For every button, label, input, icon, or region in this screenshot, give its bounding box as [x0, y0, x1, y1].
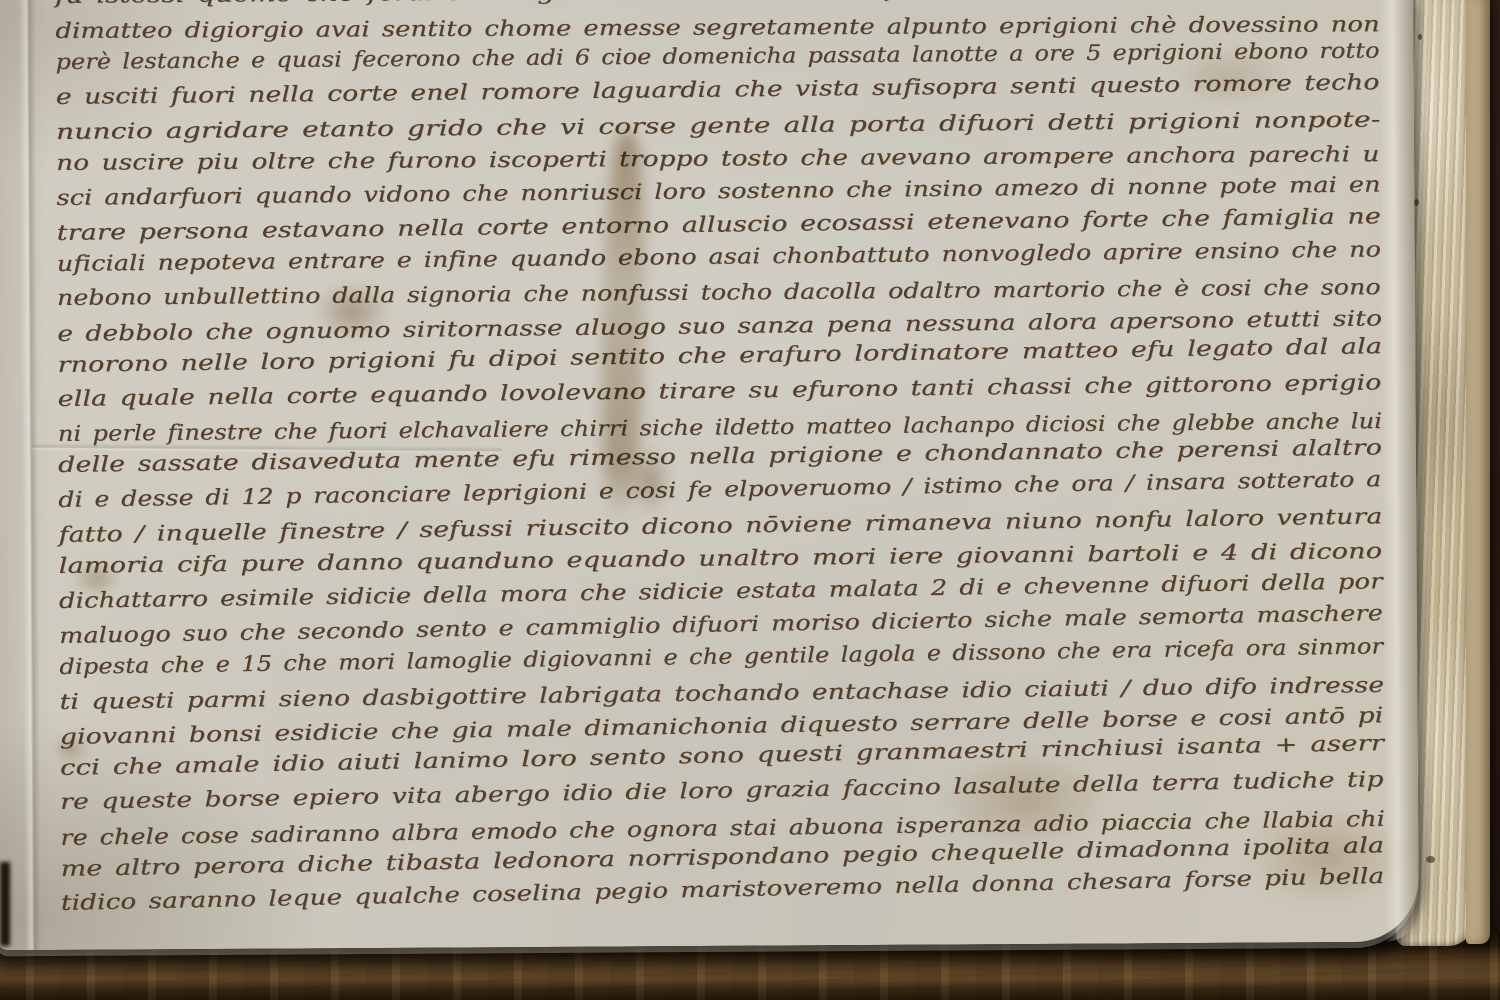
- water-stain: [54, 736, 88, 762]
- manuscript-page: fu istessi queme che ferai chonsiglio av…: [0, 0, 1419, 950]
- water-stain: [73, 562, 121, 596]
- water-stain: [940, 750, 1111, 851]
- manuscript-photo: fu istessi queme che ferai chonsiglio av…: [0, 0, 1500, 1000]
- page-edge-shadow: [0, 862, 10, 946]
- fore-edge-speck: [1426, 856, 1435, 863]
- fore-edge-speck: [1414, 199, 1419, 206]
- water-stain: [1246, 806, 1407, 907]
- water-stain: [313, 282, 391, 340]
- water-stain: [628, 445, 672, 515]
- fore-edge-speck: [1418, 34, 1422, 40]
- manuscript-line: fu istessi queme che ferai chonsiglio av…: [55, 0, 1380, 12]
- handwritten-text-block: fu istessi queme che ferai chonsiglio av…: [0, 0, 1419, 950]
- book-cover-edge: [1466, 0, 1490, 944]
